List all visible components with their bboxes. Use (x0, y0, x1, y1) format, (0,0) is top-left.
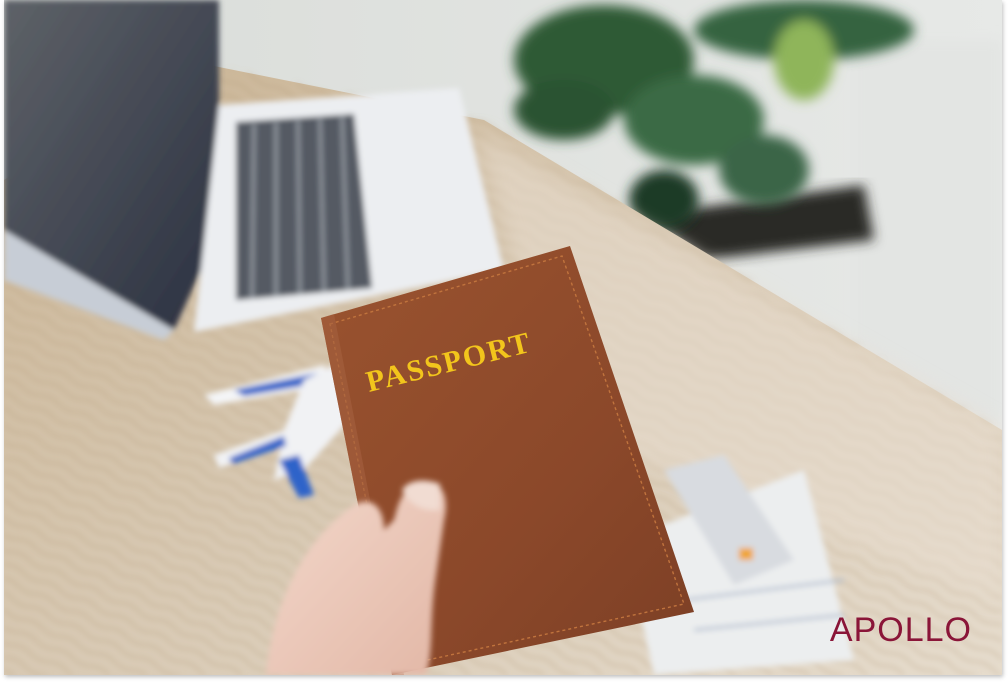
photo-scene: PASSPORT (4, 0, 1002, 675)
brand-watermark: APOLLO (830, 613, 972, 647)
photo-frame: PASSPORT APOLLO (4, 0, 1002, 675)
